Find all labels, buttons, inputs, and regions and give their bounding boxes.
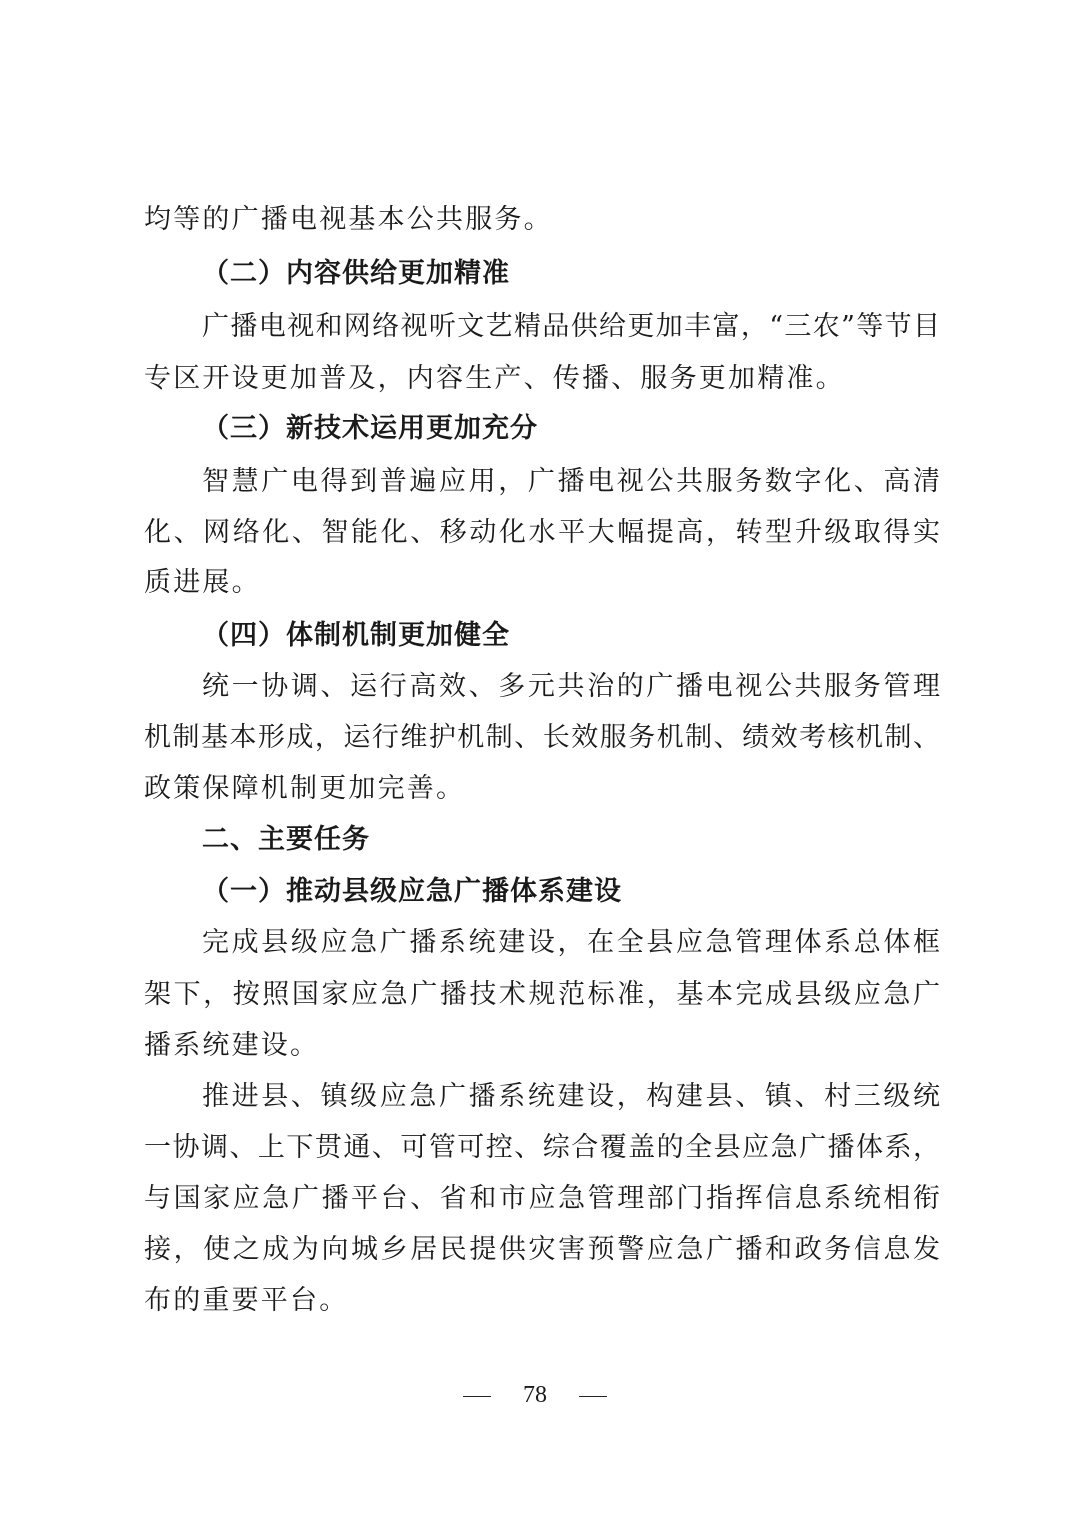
paragraph-line: 质进展。 <box>144 566 940 600</box>
paragraph-line: 均等的广播电视基本公共服务。 <box>144 203 940 237</box>
paragraph-line: 广播电视和网络视听文艺精品供给更加丰富，“三农”等节目 <box>202 310 940 344</box>
dash-left <box>463 1396 491 1397</box>
paragraph-line: 完成县级应急广播系统建设，在全县应急管理体系总体框 <box>202 926 940 960</box>
paragraph-line: 化、网络化、智能化、移动化水平大幅提高，转型升级取得实 <box>144 516 940 550</box>
subheading-county-emergency-broadcast: （一）推动县级应急广播体系建设 <box>202 875 998 909</box>
paragraph-line: 与国家应急广播平台、省和市应急管理部门指挥信息系统相衔 <box>144 1182 940 1216</box>
paragraph-line: 布的重要平台。 <box>144 1284 940 1318</box>
paragraph-line: 智慧广电得到普遍应用，广播电视公共服务数字化、高清 <box>202 465 940 499</box>
paragraph-line: 政策保障机制更加完善。 <box>144 772 940 806</box>
subheading-institutional-mechanism: （四）体制机制更加健全 <box>202 619 998 653</box>
paragraph-line: 架下，按照国家应急广播技术规范标准，基本完成县级应急广 <box>144 978 940 1012</box>
paragraph-line: 统一协调、运行高效、多元共治的广播电视公共服务管理 <box>202 670 940 704</box>
document-page: 均等的广播电视基本公共服务。 （二）内容供给更加精准 广播电视和网络视听文艺精品… <box>0 0 1070 1515</box>
dash-right <box>579 1396 607 1397</box>
paragraph-line: 推进县、镇级应急广播系统建设，构建县、镇、村三级统 <box>202 1080 940 1114</box>
subheading-new-technology: （三）新技术运用更加充分 <box>202 412 998 446</box>
paragraph-line: 接，使之成为向城乡居民提供灾害预警应急广播和政务信息发 <box>144 1233 940 1267</box>
paragraph-line: 播系统建设。 <box>144 1029 940 1063</box>
section-heading-main-tasks: 二、主要任务 <box>202 823 998 857</box>
page-number: 78 <box>523 1380 547 1410</box>
paragraph-line: 专区开设更加普及，内容生产、传播、服务更加精准。 <box>144 362 940 396</box>
page-footer: 78 <box>0 1380 1070 1410</box>
paragraph-line: 机制基本形成，运行维护机制、长效服务机制、绩效考核机制、 <box>144 721 940 755</box>
subheading-content-supply: （二）内容供给更加精准 <box>202 257 998 291</box>
paragraph-line: 一协调、上下贯通、可管可控、综合覆盖的全县应急广播体系， <box>144 1131 940 1165</box>
